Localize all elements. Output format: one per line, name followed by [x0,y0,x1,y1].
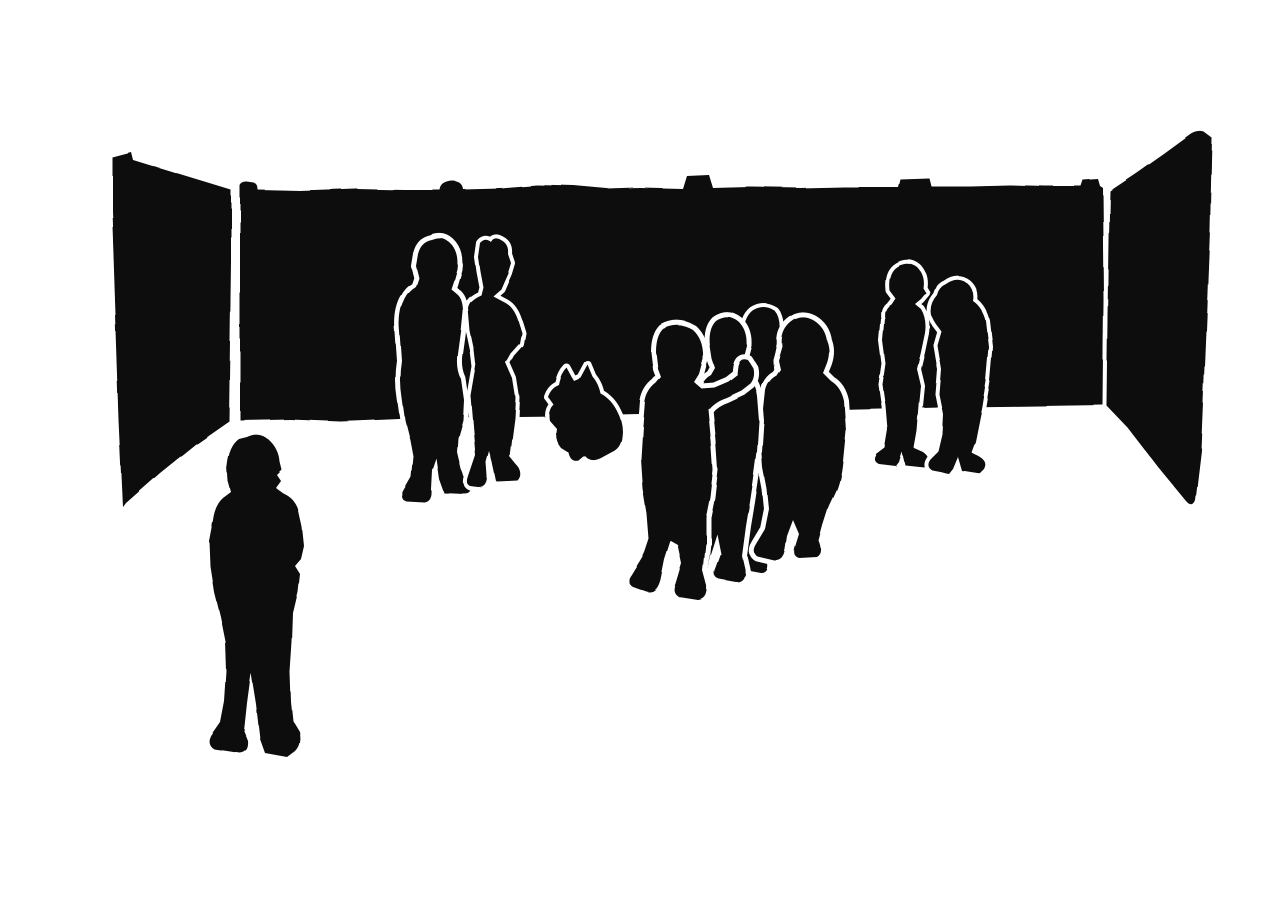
illustration-canvas [0,0,1286,900]
wall-panel-right [1107,131,1212,504]
ink-drawing [112,131,1212,757]
wall-panel-left [112,152,231,507]
illustration-page [0,0,1286,900]
figure-right-pair-b [928,280,989,473]
figure-lone-observer [209,435,304,757]
